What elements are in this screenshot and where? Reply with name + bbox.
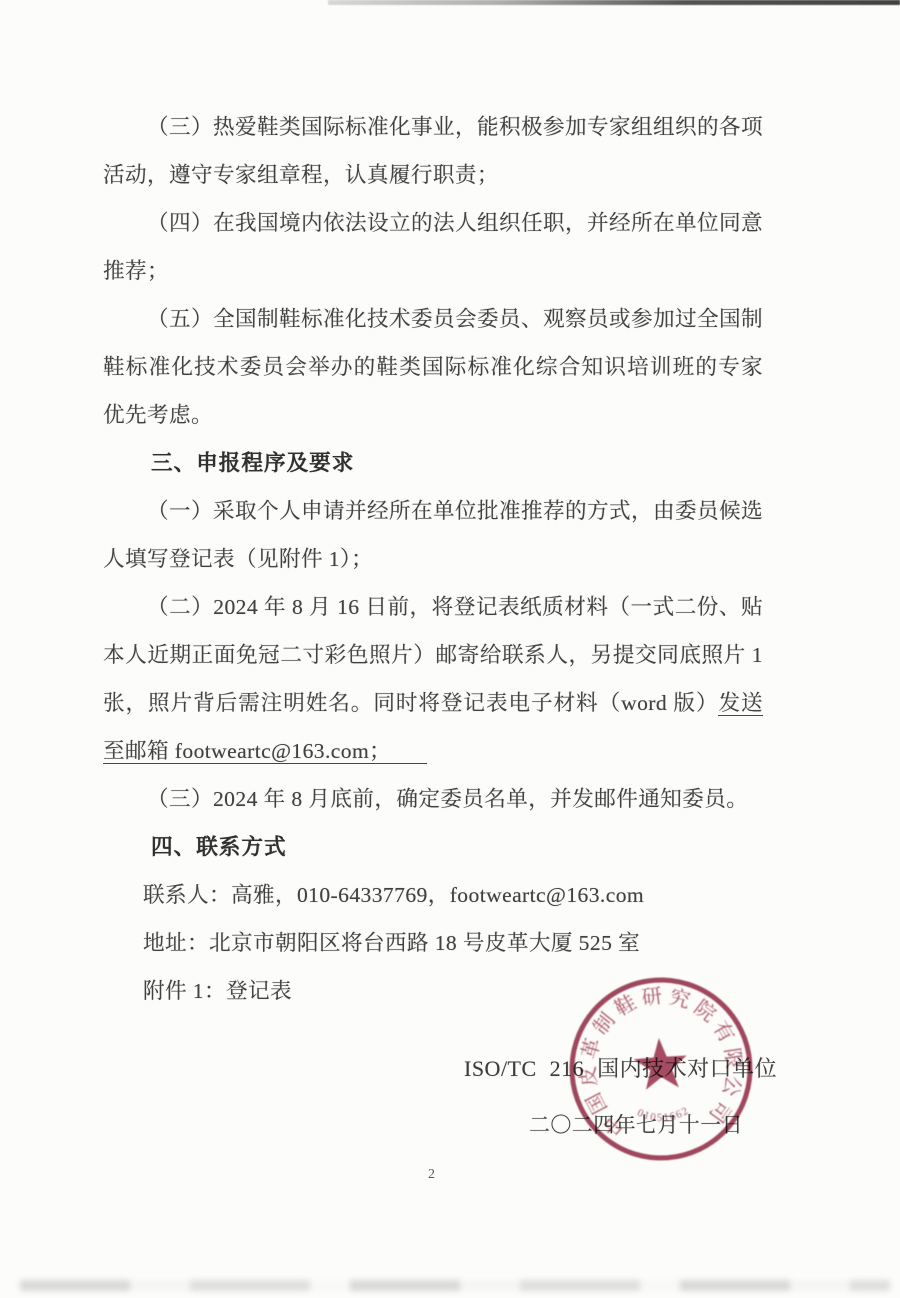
underlined-text: 发送 — [718, 691, 763, 716]
line-text: 优先考虑。 — [103, 403, 213, 427]
line-text: 鞋标准化技术委员会举办的鞋类国际标准化综合知识培训班的专家 — [103, 355, 763, 379]
official-seal: 中国皮革制鞋研究院有限公司 01051662 — [551, 959, 771, 1179]
scan-artifact-top-edge — [328, 0, 900, 5]
paragraph-single-line: （三）2024 年 8 月底前，确定委员名单，并发邮件通知委员。 — [103, 775, 763, 823]
seal-graphic: 中国皮革制鞋研究院有限公司 01051662 — [551, 959, 771, 1179]
seal-star-icon — [632, 1036, 689, 1090]
paragraph-first-line: （三）热爱鞋类国际标准化事业，能积极参加专家组组织的各项 — [103, 103, 763, 151]
address-line: 地址：北京市朝阳区将台西路 18 号皮革大厦 525 室 — [103, 919, 763, 967]
line-text: 张，照片背后需注明姓名。同时将登记表电子材料（word 版） — [103, 691, 718, 715]
line-text: （五）全国制鞋标准化技术委员会委员、观察员或参加过全国制 — [147, 307, 763, 331]
line-text: 附件 1：登记表 — [143, 979, 292, 1003]
paragraph-last-line: 推荐； — [103, 247, 763, 295]
page-number: 2 — [428, 1167, 435, 1183]
paragraph-last-line: 优先考虑。 — [103, 391, 763, 439]
line-text: 活动，遵守专家组章程，认真履行职责； — [103, 163, 499, 187]
line-text: （三）2024 年 8 月底前，确定委员名单，并发邮件通知委员。 — [147, 787, 748, 811]
contact-person-line: 联系人：高雅，010-64337769，footweartc@163.com — [103, 871, 763, 919]
line-text: 本人近期正面免冠二寸彩色照片）邮寄给联系人，另提交同底照片 1 — [103, 643, 763, 667]
document-body: （三）热爱鞋类国际标准化事业，能积极参加专家组组织的各项 活动，遵守专家组章程，… — [103, 103, 763, 1015]
scan-artifact-bottom-edge — [20, 1280, 890, 1291]
paragraph-first-line: （一）采取个人申请并经所在单位批准推荐的方式，由委员候选 — [103, 487, 763, 535]
paragraph-last-line: 人填写登记表（见附件 1）； — [103, 535, 763, 583]
paragraph-continuation-line: 鞋标准化技术委员会举办的鞋类国际标准化综合知识培训班的专家 — [103, 343, 763, 391]
line-text: 地址：北京市朝阳区将台西路 18 号皮革大厦 525 室 — [143, 931, 640, 955]
paragraph-first-line: （五）全国制鞋标准化技术委员会委员、观察员或参加过全国制 — [103, 295, 763, 343]
paragraph-continuation-line: 本人近期正面免冠二寸彩色照片）邮寄给联系人，另提交同底照片 1 — [103, 631, 763, 679]
paragraph-continuation-line: 张，照片背后需注明姓名。同时将登记表电子材料（word 版）发送 — [103, 679, 763, 727]
paragraph-first-line: （二）2024 年 8 月 16 日前，将登记表纸质材料（一式二份、贴 — [103, 583, 763, 631]
line-text: （三）热爱鞋类国际标准化事业，能积极参加专家组组织的各项 — [147, 115, 763, 139]
heading-text: 三、申报程序及要求 — [151, 451, 354, 475]
paragraph-last-line: 至邮箱 footweartc@163.com； — [103, 727, 763, 775]
line-text: （二）2024 年 8 月 16 日前，将登记表纸质材料（一式二份、贴 — [147, 595, 763, 619]
seal-serial-number: 01051662 — [635, 1103, 693, 1126]
section-heading-4: 四、联系方式 — [103, 823, 763, 871]
section-heading-3: 三、申报程序及要求 — [103, 439, 763, 487]
line-text: 联系人：高雅，010-64337769，footweartc@163.com — [143, 883, 644, 907]
line-text: 人填写登记表（见附件 1）； — [103, 547, 373, 571]
line-text: 推荐； — [103, 259, 169, 283]
heading-text: 四、联系方式 — [151, 835, 287, 859]
underlined-email-line: 至邮箱 footweartc@163.com； — [103, 739, 427, 764]
paragraph-first-line: （四）在我国境内依法设立的法人组织任职，并经所在单位同意 — [103, 199, 763, 247]
paragraph-last-line: 活动，遵守专家组章程，认真履行职责； — [103, 151, 763, 199]
line-text: （四）在我国境内依法设立的法人组织任职，并经所在单位同意 — [147, 211, 763, 235]
line-text: （一）采取个人申请并经所在单位批准推荐的方式，由委员候选 — [147, 499, 763, 523]
scanned-document-page: （三）热爱鞋类国际标准化事业，能积极参加专家组组织的各项 活动，遵守专家组章程，… — [0, 0, 900, 1298]
